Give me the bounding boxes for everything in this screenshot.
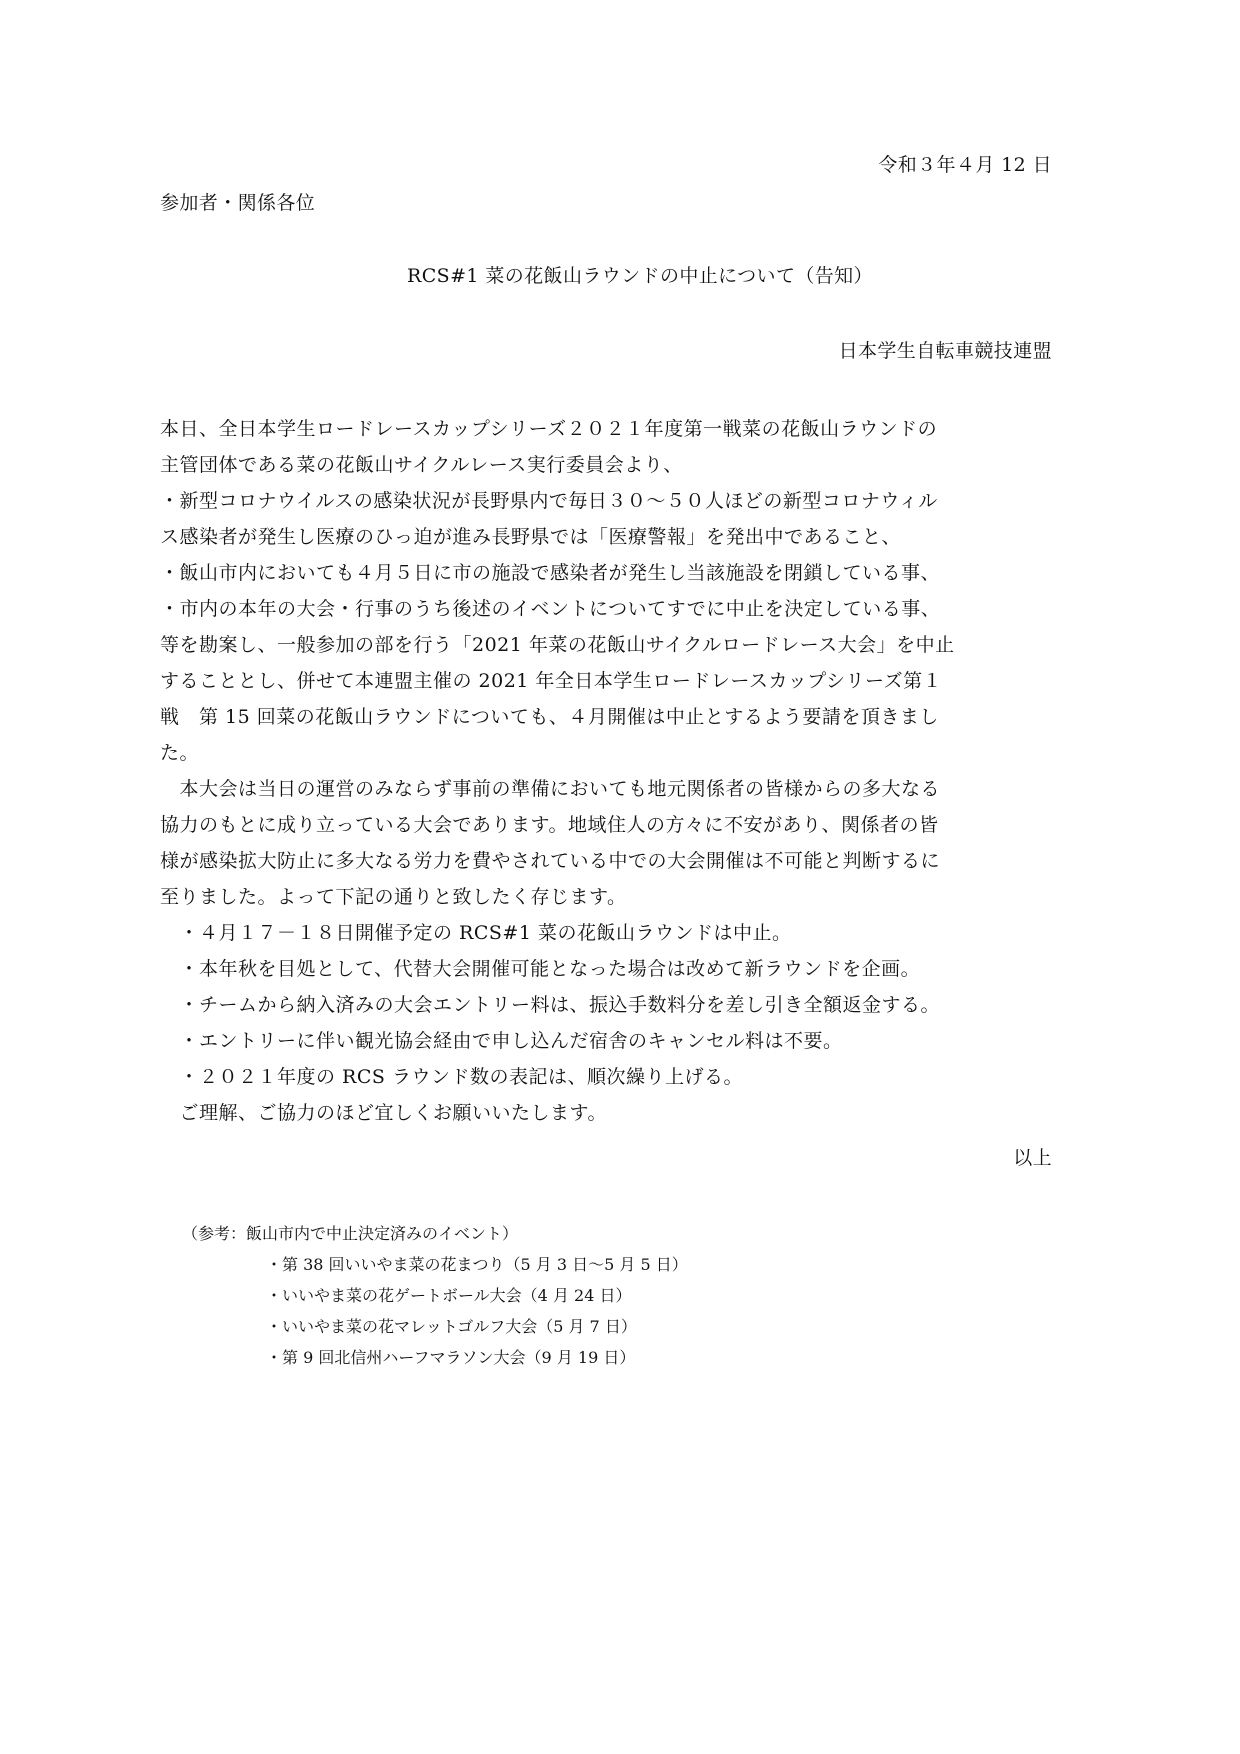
body-line: ご理解、ご協力のほど宜しくお願いいたします。: [160, 1095, 960, 1131]
body-line: 至りました。よって下記の通りと致したく存じます。: [160, 879, 960, 915]
body-line: 主管団体である菜の花飯山サイクルレース実行委員会より、: [160, 447, 960, 483]
sender-organization: 日本学生自転車競技連盟: [839, 339, 1052, 363]
body-line: することとし、併せて本連盟主催の 2021 年全日本学生ロードレースカップシリー…: [160, 663, 960, 699]
decision-item: ・本年秋を目処として、代替大会開催可能となった場合は改めて新ラウンドを企画。: [160, 951, 960, 987]
document-title: RCS#1 菜の花飯山ラウンドの中止について（告知）: [0, 264, 1240, 288]
body-line: 戦 第 15 回菜の花飯山ラウンドについても、４月開催は中止とするよう要請を頂き…: [160, 699, 960, 735]
decision-item: ・チームから納入済みの大会エントリー料は、振込手数料分を差し引き全額返金する。: [160, 987, 960, 1023]
reference-item: ・いいやま菜の花マレットゴルフ大会（5 月 7 日）: [182, 1311, 688, 1342]
reference-item: ・いいやま菜の花ゲートボール大会（4 月 24 日）: [182, 1280, 688, 1311]
body-line: 本大会は当日の運営のみならず事前の準備においても地元関係者の皆様からの多大なる: [160, 771, 960, 807]
decision-item: ・４月１７－１８日開催予定の RCS#1 菜の花飯山ラウンドは中止。: [160, 915, 960, 951]
body-line: 等を勘案し、一般参加の部を行う「2021 年菜の花飯山サイクルロードレース大会」…: [160, 627, 960, 663]
closing-mark: 以上: [1013, 1146, 1052, 1170]
body-text: 本日、全日本学生ロードレースカップシリーズ２０２１年度第一戦菜の花飯山ラウンドの…: [160, 411, 960, 1131]
body-line: ・飯山市内においても４月５日に市の施設で感染者が発生し当該施設を閉鎖している事、: [160, 555, 960, 591]
reference-section: （参考：飯山市内で中止決定済みのイベント） ・第 38 回いいやま菜の花まつり（…: [182, 1218, 688, 1373]
body-line: ス感染者が発生し医療のひっ迫が進み長野県では「医療警報」を発出中であること、: [160, 519, 960, 555]
reference-title: （参考：飯山市内で中止決定済みのイベント）: [182, 1218, 688, 1249]
document-page: 令和３年４月 12 日 参加者・関係各位 RCS#1 菜の花飯山ラウンドの中止に…: [0, 0, 1240, 1754]
reference-item: ・第 38 回いいやま菜の花まつり（5 月 3 日～5 月 5 日）: [182, 1249, 688, 1280]
addressee: 参加者・関係各位: [160, 191, 315, 215]
decision-item: ・エントリーに伴い観光協会経由で申し込んだ宿舎のキャンセル料は不要。: [160, 1023, 960, 1059]
reference-item: ・第 9 回北信州ハーフマラソン大会（9 月 19 日）: [182, 1342, 688, 1373]
body-line: 本日、全日本学生ロードレースカップシリーズ２０２１年度第一戦菜の花飯山ラウンドの: [160, 411, 960, 447]
body-line: た。: [160, 735, 960, 771]
body-line: ・市内の本年の大会・行事のうち後述のイベントについてすでに中止を決定している事、: [160, 591, 960, 627]
body-line: 協力のもとに成り立っている大会であります。地域住人の方々に不安があり、関係者の皆: [160, 807, 960, 843]
decision-item: ・２０２１年度の RCS ラウンド数の表記は、順次繰り上げる。: [160, 1059, 960, 1095]
document-date: 令和３年４月 12 日: [878, 153, 1052, 177]
body-line: ・新型コロナウイルスの感染状況が長野県内で毎日３０～５０人ほどの新型コロナウィル: [160, 483, 960, 519]
body-line: 様が感染拡大防止に多大なる労力を費やされている中での大会開催は不可能と判断するに: [160, 843, 960, 879]
